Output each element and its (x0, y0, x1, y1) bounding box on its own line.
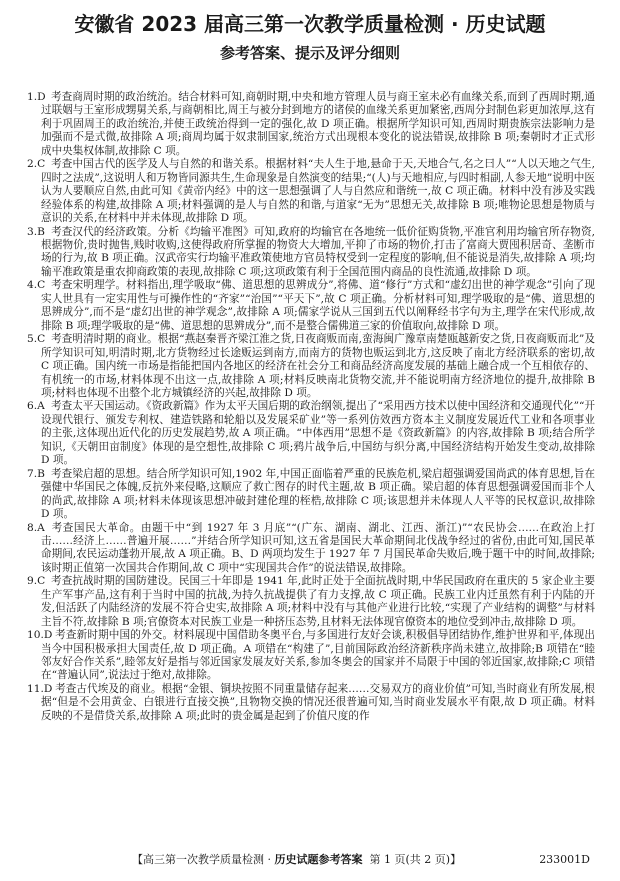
question-number: 6. (27, 400, 37, 412)
answer-explanation: 考查梁启超的思想。结合所学知识可知,1902 年,中国正面临着严重的民族危机,梁… (41, 468, 595, 520)
answer-list: 1.D考查商周时期的政治统治。结合材料可知,商朝时期,中央和地方管理人员与商王室… (27, 91, 595, 723)
footer-bracket-right: 】 (450, 853, 461, 866)
answer-explanation: 考查商周时期的政治统治。结合材料可知,商朝时期,中央和地方管理人员与商王室未必有… (41, 91, 595, 157)
answer-letter: D (37, 91, 46, 103)
answer-explanation: 考查明清时期的商业。根据“燕赵秦晋齐梁江淮之货,日夜商贩而南,蛮海闽广豫章南楚瓯… (41, 333, 595, 399)
question-number: 7. (27, 468, 37, 480)
answer-explanation: 考查汉代的经济政策。分析《均输平准图》可知,政府的均输官在各地统一低价征购货物,… (41, 226, 595, 278)
answer-letter: C (37, 333, 45, 345)
answer-letter: D (44, 683, 53, 695)
answer-explanation: 考查太平天国运动。《资政新篇》作为太平天国后期的政治纲领,提出了“采用西方技术以… (41, 400, 595, 466)
footer-series: 高三第一次教学质量检测 · (143, 853, 275, 866)
answer-item-5: 5.C考查明清时期的商业。根据“燕赵秦晋齐梁江淮之货,日夜商贩而南,蛮海闽广豫章… (27, 333, 595, 400)
footer-bracket-left: 【 (132, 853, 143, 866)
answer-explanation: 考查抗战时期的国防建设。民国三十年即是 1941 年,此时正处于全面抗战时期,中… (41, 575, 595, 627)
answer-item-9: 9.C考查抗战时期的国防建设。民国三十年即是 1941 年,此时正处于全面抗战时… (27, 575, 595, 629)
answer-item-8: 8.A考查国民大革命。由题干中“到 1927 年 3 月底”“(广东、湖南、湖北… (27, 522, 595, 576)
document-title: 安徽省 2023 届高三第一次教学质量检测 · 历史试题 (0, 12, 620, 36)
answer-explanation: 考查古代埃及的商业。根据“金银、铜块按照不同重量储存起来……交易双方的商业价值”… (41, 683, 595, 722)
answer-letter: A (37, 400, 45, 412)
question-number: 9. (27, 575, 37, 587)
answer-explanation: 考查宋明理学。材料指出,理学吸取“佛、道思想的思辨成分”,将佛、道“修行”方式和… (41, 279, 595, 331)
answer-letter: C (37, 575, 45, 587)
answer-letter: D (44, 629, 53, 641)
question-number: 3. (27, 226, 37, 238)
answer-explanation: 考查国民大革命。由题干中“到 1927 年 3 月底”“(广东、湖南、湖北、江西… (41, 522, 595, 574)
answer-letter: B (37, 226, 45, 238)
footer-caption: 【高三第一次教学质量检测 · 历史试题参考答案 第 1 页(共 2 页)】 (132, 852, 461, 868)
answer-letter: C (37, 158, 45, 170)
answer-explanation: 考查中国古代的医学及人与自然的和谐关系。根据材料“夫人生于地,悬命于天,天地合气… (41, 158, 595, 224)
answer-item-11: 11.D考查古代埃及的商业。根据“金银、铜块按照不同重量储存起来……交易双方的商… (27, 683, 595, 723)
page-footer: 【高三第一次教学质量检测 · 历史试题参考答案 第 1 页(共 2 页)】 23… (0, 852, 620, 868)
question-number: 10. (27, 629, 44, 641)
answer-item-3: 3.B考查汉代的经济政策。分析《均输平准图》可知,政府的均输官在各地统一低价征购… (27, 226, 595, 280)
answer-item-1: 1.D考查商周时期的政治统治。结合材料可知,商朝时期,中央和地方管理人员与商王室… (27, 91, 595, 158)
answer-item-7: 7.B考查梁启超的思想。结合所学知识可知,1902 年,中国正面临着严重的民族危… (27, 468, 595, 522)
answer-item-4: 4.C考查宋明理学。材料指出,理学吸取“佛、道思想的思辨成分”,将佛、道“修行”… (27, 279, 595, 333)
answer-item-6: 6.A考查太平天国运动。《资政新篇》作为太平天国后期的政治纲领,提出了“采用西方… (27, 400, 595, 467)
document-subtitle: 参考答案、提示及评分细则 (0, 43, 620, 63)
footer-doc-title: 历史试题参考答案 (275, 853, 363, 866)
answer-letter: B (37, 468, 45, 480)
answer-item-2: 2.C考查中国古代的医学及人与自然的和谐关系。根据材料“夫人生于地,悬命于天,天… (27, 158, 595, 225)
footer-page-info: 第 1 页(共 2 页) (370, 853, 451, 866)
answer-letter: C (37, 279, 45, 291)
footer-doc-code: 233001D (539, 852, 590, 868)
question-number: 11. (27, 683, 44, 695)
question-number: 8. (27, 522, 37, 534)
question-number: 2. (27, 158, 37, 170)
question-number: 4. (27, 279, 37, 291)
question-number: 1. (27, 91, 37, 103)
answer-explanation: 考查新时期中国的外交。材料展现中国借助冬奥平台,与多国进行友好会谈,积极倡导团结… (41, 629, 595, 681)
answer-item-10: 10.D考查新时期中国的外交。材料展现中国借助冬奥平台,与多国进行友好会谈,积极… (27, 629, 595, 683)
answer-letter: A (37, 522, 45, 534)
question-number: 5. (27, 333, 37, 345)
